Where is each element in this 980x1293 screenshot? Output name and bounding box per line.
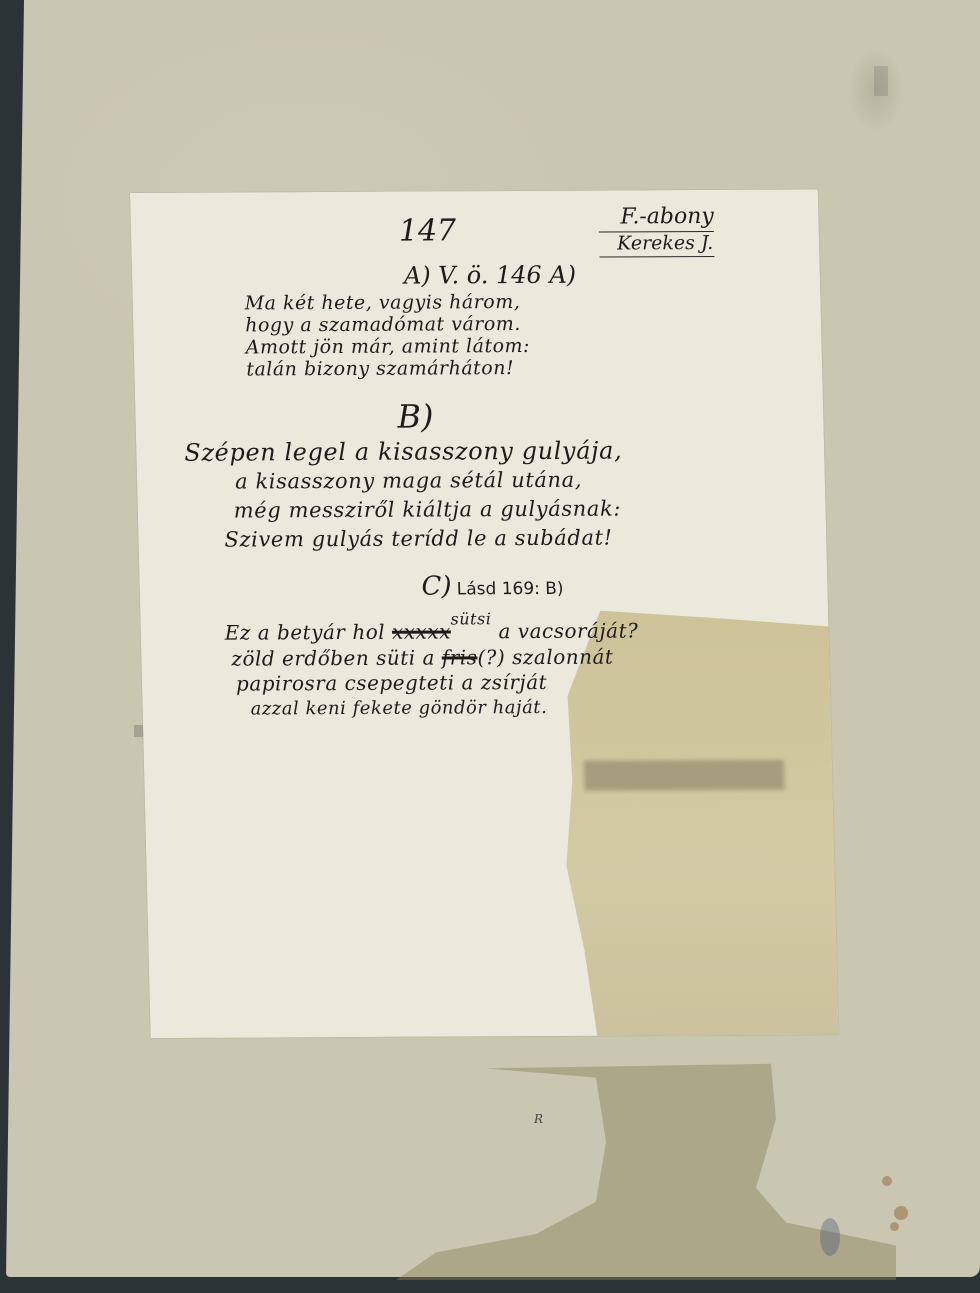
verse-line: zöld erdőben süti a fris(?) szalonnát	[225, 644, 639, 671]
stain-drop	[882, 1176, 892, 1186]
verse-line: Amott jön már, amint látom:	[245, 335, 530, 358]
water-stain-edge	[584, 760, 785, 791]
struck-word: xxxxx	[392, 619, 451, 643]
mat-pencil-mark: R	[534, 1112, 543, 1126]
collector: Kerekes J.	[599, 232, 715, 258]
section-c-label: C)	[421, 571, 452, 601]
section-c-heading: C) Lásd 169: B)	[421, 571, 564, 602]
section-b-verse: Szépen legel a kisasszony gulyája, a kis…	[184, 436, 625, 554]
item-number: 147	[398, 213, 456, 248]
blue-smudge	[820, 1218, 840, 1256]
inserted-word: sütsi	[450, 609, 491, 628]
verse-text: zöld erdőben süti a	[231, 646, 435, 671]
verse-line: talán bizony szamárháton!	[246, 357, 531, 380]
verse-text: a vacsoráját?	[498, 618, 638, 643]
pencil-smudge	[874, 66, 888, 96]
cross-reference: Lásd 169: B)	[457, 579, 564, 600]
stain-drop	[890, 1222, 899, 1231]
section-b-label: B)	[397, 397, 434, 435]
section-c-verse: Ez a betyár hol xxxxxsütsi a vacsoráját?…	[224, 618, 640, 721]
section-a-label: A) V. ö. 146 A)	[404, 261, 577, 290]
section-a-verse: Ma két hete, vagyis három, hogy a szamad…	[244, 291, 530, 381]
verse-line: Ez a betyár hol xxxxxsütsi a vacsoráját?	[224, 618, 638, 646]
manuscript-paper: 147 F.-abony Kerekes J. A) V. ö. 146 A) …	[130, 189, 838, 1038]
location-block: F.-abony Kerekes J.	[598, 204, 715, 258]
location: F.-abony	[598, 204, 714, 233]
verse-line: Szivem gulyás terídd le a subádat!	[186, 524, 625, 555]
verse-line: még messziről kiáltja a gulyásnak:	[185, 495, 624, 526]
verse-line: Szépen legel a kisasszony gulyája,	[184, 436, 623, 467]
verse-line: Ma két hete, vagyis három,	[244, 291, 529, 314]
stain-drop	[894, 1206, 908, 1220]
verse-line: a kisasszony maga sétál utána,	[185, 466, 624, 497]
struck-word: fris	[441, 645, 477, 669]
verse-line: hogy a szamadómat várom.	[245, 313, 530, 336]
verse-line: azzal keni fekete göndör haját.	[226, 694, 640, 721]
verse-line: papirosra csepegteti a zsírját	[226, 669, 640, 696]
verse-text: Ez a betyár hol	[224, 620, 385, 645]
verse-text: (?) szalonnát	[477, 645, 614, 670]
